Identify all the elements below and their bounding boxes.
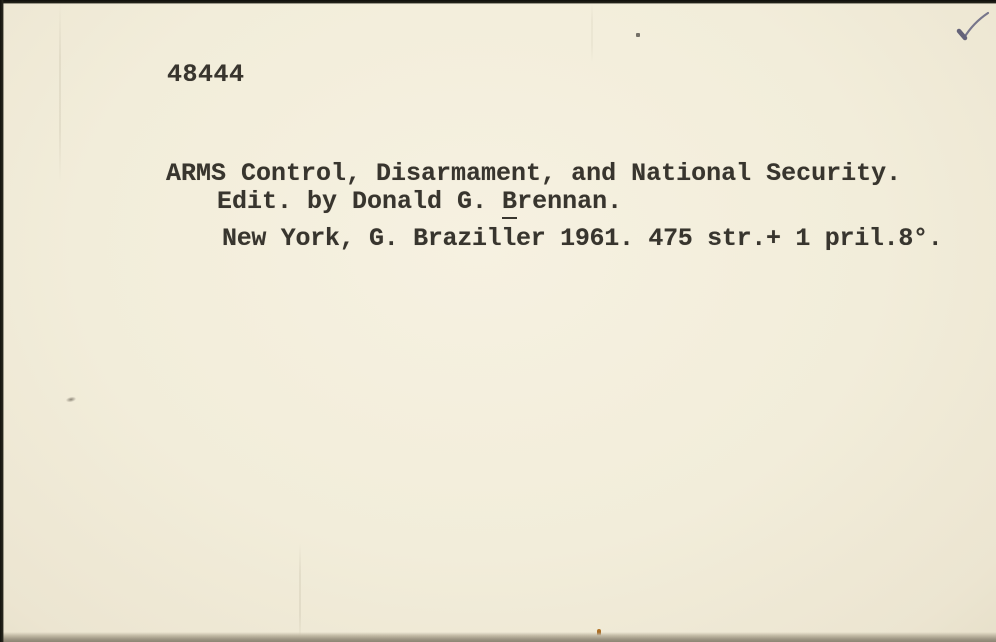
editor-line: Edit. by Donald G. Brennan. — [217, 188, 622, 215]
ink-speck — [636, 33, 640, 37]
scan-edge-top — [0, 0, 996, 4]
editor-line-rest: rennan. — [517, 187, 622, 216]
paper-crease — [591, 3, 593, 63]
pencil-smudge — [66, 396, 77, 403]
title-line: ARMS Control, Disarmament, and National … — [166, 160, 901, 187]
checkmark-icon — [953, 11, 991, 43]
scan-edge-left — [0, 0, 4, 642]
editor-line-prefix: Edit. by Donald G. — [217, 187, 502, 216]
imprint-line: New York, G. Braziller 1961. 475 str.+ 1… — [222, 225, 942, 252]
scan-edge-bottom — [0, 632, 996, 642]
catalog-number: 48444 — [167, 61, 245, 88]
catalog-card: 48444 ARMS Control, Disarmament, and Nat… — [3, 3, 996, 642]
editor-underlined-initial: B — [502, 187, 517, 219]
paper-crease — [59, 3, 61, 183]
paper-crease — [299, 543, 301, 642]
